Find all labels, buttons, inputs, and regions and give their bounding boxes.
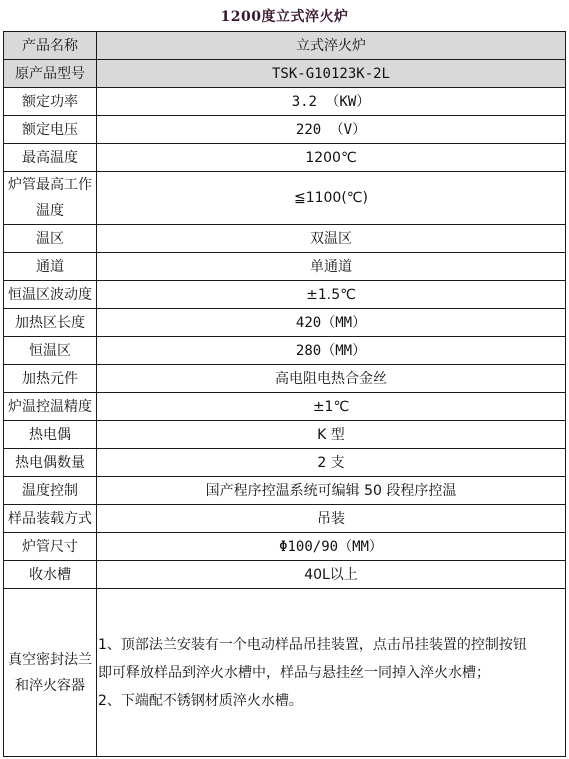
row-value: 220 （V）	[97, 116, 566, 144]
table-row-constant-zone: 恒温区 280（MM）	[4, 337, 566, 365]
table-row-fluctuation: 恒温区波动度 ±1.5℃	[4, 281, 566, 309]
spec-table: 产品名称 立式淬火炉 原产品型号 TSK-G10123K-2L 额定功率 3.2…	[3, 31, 566, 757]
row-label: 样品装载方式	[4, 505, 97, 533]
row-value: 1200℃	[97, 144, 566, 172]
row-description: 1、顶部法兰安装有一个电动样品吊挂装置，点击吊挂装置的控制按钮 即可释放样品到淬…	[97, 589, 566, 757]
row-label: 加热区长度	[4, 309, 97, 337]
table-row-temp-accuracy: 炉温控温精度 ±1℃	[4, 393, 566, 421]
table-row-thermocouple-count: 热电偶数量 2 支	[4, 449, 566, 477]
row-value: ≦1100(℃)	[97, 172, 566, 225]
row-label-line: 温度	[4, 198, 96, 224]
row-label: 热电偶数量	[4, 449, 97, 477]
row-label: 加热元件	[4, 365, 97, 393]
row-label-line: 炉管最高工作	[4, 172, 96, 198]
table-row-flange-quench: 真空密封法兰 和淬火容器 1、顶部法兰安装有一个电动样品吊挂装置，点击吊挂装置的…	[4, 589, 566, 757]
row-label: 额定功率	[4, 88, 97, 116]
row-label: 真空密封法兰 和淬火容器	[4, 589, 97, 757]
row-label: 温度控制	[4, 477, 97, 505]
row-value: K 型	[97, 421, 566, 449]
row-label-line: 和淬火容器	[4, 673, 96, 699]
row-value: 单通道	[97, 253, 566, 281]
row-value: 高电阻电热合金丝	[97, 365, 566, 393]
table-row-heating-length: 加热区长度 420（MM）	[4, 309, 566, 337]
row-value: TSK-G10123K-2L	[97, 60, 566, 88]
row-label: 热电偶	[4, 421, 97, 449]
row-value: ±1.5℃	[97, 281, 566, 309]
table-row-thermocouple: 热电偶 K 型	[4, 421, 566, 449]
table-row-voltage: 额定电压 220 （V）	[4, 116, 566, 144]
row-value: 立式淬火炉	[97, 32, 566, 60]
row-label: 炉管最高工作 温度	[4, 172, 97, 225]
description-line: 1、顶部法兰安装有一个电动样品吊挂装置，点击吊挂装置的控制按钮	[98, 631, 565, 659]
table-row-water-tank: 收水槽 40L以上	[4, 561, 566, 589]
table-row-model: 原产品型号 TSK-G10123K-2L	[4, 60, 566, 88]
row-value: Φ100/90（MM）	[97, 533, 566, 561]
row-label: 温区	[4, 225, 97, 253]
row-label: 通道	[4, 253, 97, 281]
row-label: 收水槽	[4, 561, 97, 589]
row-label: 原产品型号	[4, 60, 97, 88]
table-row-channel: 通道 单通道	[4, 253, 566, 281]
table-row-heating-element: 加热元件 高电阻电热合金丝	[4, 365, 566, 393]
row-value: 3.2 （KW）	[97, 88, 566, 116]
table-row-temp-zone: 温区 双温区	[4, 225, 566, 253]
row-label: 产品名称	[4, 32, 97, 60]
row-label: 恒温区波动度	[4, 281, 97, 309]
row-value: 420（MM）	[97, 309, 566, 337]
row-value: 国产程序控温系统可编辑 50 段程序控温	[97, 477, 566, 505]
row-value: 吊装	[97, 505, 566, 533]
page-title: 1200度立式淬火炉	[0, 6, 569, 26]
row-label: 炉温控温精度	[4, 393, 97, 421]
row-value: 2 支	[97, 449, 566, 477]
row-label-line: 真空密封法兰	[4, 647, 96, 673]
row-label: 额定电压	[4, 116, 97, 144]
row-label: 最高温度	[4, 144, 97, 172]
row-value: ±1℃	[97, 393, 566, 421]
row-value: 40L以上	[97, 561, 566, 589]
table-row-temp-control: 温度控制 国产程序控温系统可编辑 50 段程序控温	[4, 477, 566, 505]
description-line: 2、下端配不锈钢材质淬火水槽。	[98, 687, 565, 715]
table-row-power: 额定功率 3.2 （KW）	[4, 88, 566, 116]
table-row-max-temp: 最高温度 1200℃	[4, 144, 566, 172]
table-row-product-name: 产品名称 立式淬火炉	[4, 32, 566, 60]
table-row-tube-size: 炉管尺寸 Φ100/90（MM）	[4, 533, 566, 561]
row-value: 双温区	[97, 225, 566, 253]
row-value: 280（MM）	[97, 337, 566, 365]
table-row-tube-work-temp: 炉管最高工作 温度 ≦1100(℃)	[4, 172, 566, 225]
row-label: 炉管尺寸	[4, 533, 97, 561]
row-label: 恒温区	[4, 337, 97, 365]
description-line: 即可释放样品到淬火水槽中，样品与悬挂丝一同掉入淬火水槽；	[98, 659, 565, 687]
table-row-loading-method: 样品装载方式 吊装	[4, 505, 566, 533]
